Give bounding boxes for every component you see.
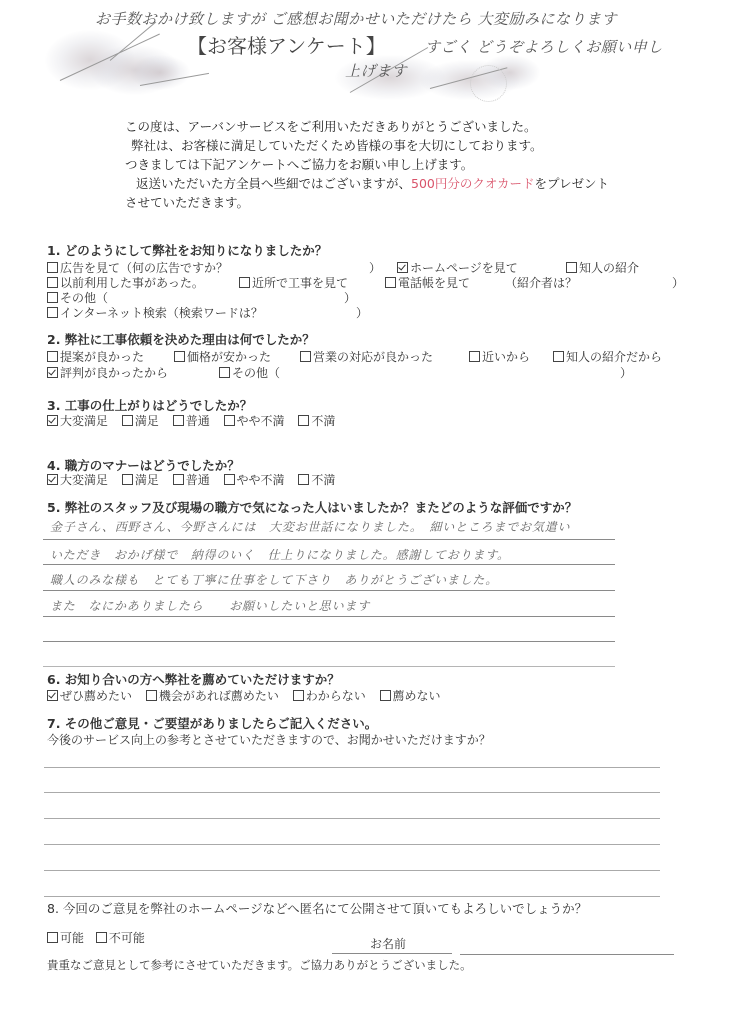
checkbox[interactable] bbox=[122, 474, 133, 485]
q6-option-unsure[interactable]: わからない bbox=[293, 689, 366, 703]
name-underline-1 bbox=[332, 953, 452, 954]
checkbox-checked[interactable] bbox=[47, 690, 58, 701]
q5-answer-line4[interactable]: また なにかありましたら お願いしたいと思います bbox=[50, 597, 370, 614]
q2-option-near[interactable]: 近いから bbox=[469, 348, 530, 365]
checkbox[interactable] bbox=[173, 415, 184, 426]
answer-rule bbox=[43, 616, 615, 617]
checkbox[interactable] bbox=[239, 277, 250, 288]
checkbox[interactable] bbox=[219, 367, 230, 378]
checkbox[interactable] bbox=[47, 292, 58, 303]
q8-question: 8. 今回のご意見を弊社のホームページなどへ匿名にて公開させて頂いてもよろしいで… bbox=[47, 899, 587, 917]
q7-answer-line5[interactable] bbox=[44, 870, 660, 871]
q2-option-other[interactable]: その他（ bbox=[219, 364, 280, 381]
q1-referrer-close: ） bbox=[672, 274, 684, 291]
q5-answer-line2[interactable]: いただき おかげ様で 納得のいく 仕上りになりました。感謝しております。 bbox=[50, 546, 510, 563]
q6-options: ぜひ薦めたい 機会があれば薦めたい わからない 薦めない bbox=[47, 687, 441, 704]
q1-other-close: ） bbox=[344, 289, 356, 306]
checkbox[interactable] bbox=[385, 277, 396, 288]
q1-question: 1. どのようにして弊社をお知りになりましたか？ bbox=[47, 241, 327, 259]
q2-option-reputation[interactable]: 評判が良かったから bbox=[47, 364, 168, 381]
q8-options: 可能 不可能 bbox=[47, 929, 145, 946]
checkbox[interactable] bbox=[469, 351, 480, 362]
handwritten-note-line2: すごく どうぞよろしくお願い申し bbox=[425, 36, 663, 57]
q4-option-satisfied[interactable]: 満足 bbox=[122, 473, 159, 487]
checkbox[interactable] bbox=[47, 277, 58, 288]
intro-line1: この度は、アーバンサービスをご利用いただきありがとうございました。 bbox=[125, 117, 609, 136]
q6-option-no[interactable]: 薦めない bbox=[380, 689, 441, 703]
checkbox[interactable] bbox=[146, 690, 157, 701]
q2-other-close: ） bbox=[620, 364, 632, 381]
q6-question: 6. お知り合いの方へ弊社を薦めていただけますか？ bbox=[47, 670, 340, 688]
checkbox[interactable] bbox=[96, 932, 107, 943]
q4-option-dissatisfied[interactable]: 不満 bbox=[298, 473, 335, 487]
footer-thanks: 貴重なご意見として参考にさせていただきます。ご協力ありがとうございました。 bbox=[47, 957, 472, 973]
intro-line4-after: をプレゼント bbox=[535, 176, 610, 191]
checkbox[interactable] bbox=[47, 307, 58, 318]
checkbox[interactable] bbox=[122, 415, 133, 426]
q4-option-somewhat-dissatisfied[interactable]: やや不満 bbox=[224, 473, 285, 487]
checkbox[interactable] bbox=[300, 351, 311, 362]
q7-answer-line4[interactable] bbox=[44, 844, 660, 845]
checkbox[interactable] bbox=[47, 351, 58, 362]
q7-answer-line2[interactable] bbox=[44, 792, 660, 793]
q7-question: 7. その他ご意見・ご要望がありましたらご記入ください。 bbox=[47, 714, 377, 732]
q1-option-internet[interactable]: インターネット検索（検索ワードは？ bbox=[47, 304, 263, 321]
q8-option-yes[interactable]: 可能 bbox=[47, 931, 84, 945]
q2-option-referral[interactable]: 知人の紹介だから bbox=[553, 348, 662, 365]
quo-card-highlight: 500円分のクオカード bbox=[411, 176, 534, 191]
q3-options: 大変満足 満足 普通 やや不満 不満 bbox=[47, 412, 335, 429]
checkbox[interactable] bbox=[298, 415, 309, 426]
checkbox[interactable] bbox=[298, 474, 309, 485]
q2-option-proposal[interactable]: 提案が良かった bbox=[47, 348, 144, 365]
checkbox[interactable] bbox=[566, 262, 577, 273]
q7-answer-line6[interactable] bbox=[44, 896, 660, 897]
q6-option-if-chance[interactable]: 機会があれば薦めたい bbox=[146, 689, 279, 703]
intro-line3: つきましては下記アンケートへご協力をお願い申し上げます。 bbox=[125, 155, 609, 174]
intro-line2: 弊社は、お客様に満足していただくため皆様の事を大切にしております。 bbox=[125, 136, 609, 155]
q1-referrer-label: （紹介者は？ bbox=[505, 274, 577, 291]
answer-rule bbox=[43, 641, 615, 642]
q6-option-definitely[interactable]: ぜひ薦めたい bbox=[47, 689, 132, 703]
q7-subtext: 今後のサービス向上の参考とさせていただきますので、お聞かせいただけますか？ bbox=[47, 731, 491, 748]
checkbox[interactable] bbox=[293, 690, 304, 701]
q8-option-no[interactable]: 不可能 bbox=[96, 931, 145, 945]
q7-answer-line1[interactable] bbox=[44, 767, 660, 768]
q5-question: 5. 弊社のスタッフ及び現場の職方で気になった人はいましたか？またどのような評価… bbox=[47, 498, 577, 516]
name-label: お名前 bbox=[370, 935, 406, 952]
intro-text: この度は、アーバンサービスをご利用いただきありがとうございました。 弊社は、お客… bbox=[125, 117, 609, 212]
checkbox-checked[interactable] bbox=[397, 262, 408, 273]
q3-option-dissatisfied[interactable]: 不満 bbox=[298, 414, 335, 428]
q1-option-nearby[interactable]: 近所で工事を見て bbox=[239, 274, 348, 291]
q1-ad-close-paren: ） bbox=[369, 259, 381, 276]
q2-option-sales[interactable]: 営業の対応が良かった bbox=[300, 348, 433, 365]
q3-option-very-satisfied[interactable]: 大変満足 bbox=[47, 414, 108, 428]
checkbox-checked[interactable] bbox=[47, 474, 58, 485]
q1-option-phonebook[interactable]: 電話帳を見て bbox=[385, 274, 470, 291]
handwritten-note-line1: お手数おかけ致しますが ご感想お聞かせいただけたら 大変励みになります bbox=[95, 8, 617, 29]
q3-option-average[interactable]: 普通 bbox=[173, 414, 210, 428]
q4-option-very-satisfied[interactable]: 大変満足 bbox=[47, 473, 108, 487]
checkbox[interactable] bbox=[553, 351, 564, 362]
answer-rule bbox=[43, 666, 615, 667]
checkbox-checked[interactable] bbox=[47, 415, 58, 426]
q2-question: 2. 弊社に工事依頼を決めた理由は何でしたか？ bbox=[47, 330, 315, 348]
handwritten-note-line3: 上げます bbox=[345, 60, 407, 81]
checkbox[interactable] bbox=[174, 351, 185, 362]
q4-options: 大変満足 満足 普通 やや不満 不満 bbox=[47, 471, 335, 488]
intro-line5: させていただきます。 bbox=[125, 193, 609, 212]
checkbox[interactable] bbox=[224, 474, 235, 485]
q7-answer-line3[interactable] bbox=[44, 818, 660, 819]
checkbox[interactable] bbox=[224, 415, 235, 426]
name-field[interactable] bbox=[460, 940, 674, 955]
q5-answer-line1[interactable]: 金子さん、西野さん、今野さんには 大変お世話になりました。 細いところまでお気遣… bbox=[50, 518, 570, 535]
page-title: 【お客様アンケート】 bbox=[187, 30, 386, 59]
intro-line4-before: 返送いただいた方全員へ些細ではございますが、 bbox=[136, 176, 411, 191]
checkbox-checked[interactable] bbox=[47, 367, 58, 378]
checkbox[interactable] bbox=[380, 690, 391, 701]
intro-line4: 返送いただいた方全員へ些細ではございますが、500円分のクオカードをプレゼント bbox=[125, 174, 609, 193]
q2-option-price[interactable]: 価格が安かった bbox=[174, 348, 271, 365]
checkbox[interactable] bbox=[47, 262, 58, 273]
answer-rule bbox=[43, 539, 615, 540]
q3-option-somewhat-dissatisfied[interactable]: やや不満 bbox=[224, 414, 285, 428]
answer-rule bbox=[43, 590, 615, 591]
checkbox[interactable] bbox=[173, 474, 184, 485]
q5-answer-line3[interactable]: 職人のみな様も とても丁寧に仕事をして下さり ありがとうございました。 bbox=[50, 571, 498, 588]
checkbox[interactable] bbox=[47, 932, 58, 943]
q4-option-average[interactable]: 普通 bbox=[173, 473, 210, 487]
q1-internet-close: ） bbox=[356, 304, 368, 321]
q3-option-satisfied[interactable]: 満足 bbox=[122, 414, 159, 428]
answer-rule bbox=[43, 564, 615, 565]
